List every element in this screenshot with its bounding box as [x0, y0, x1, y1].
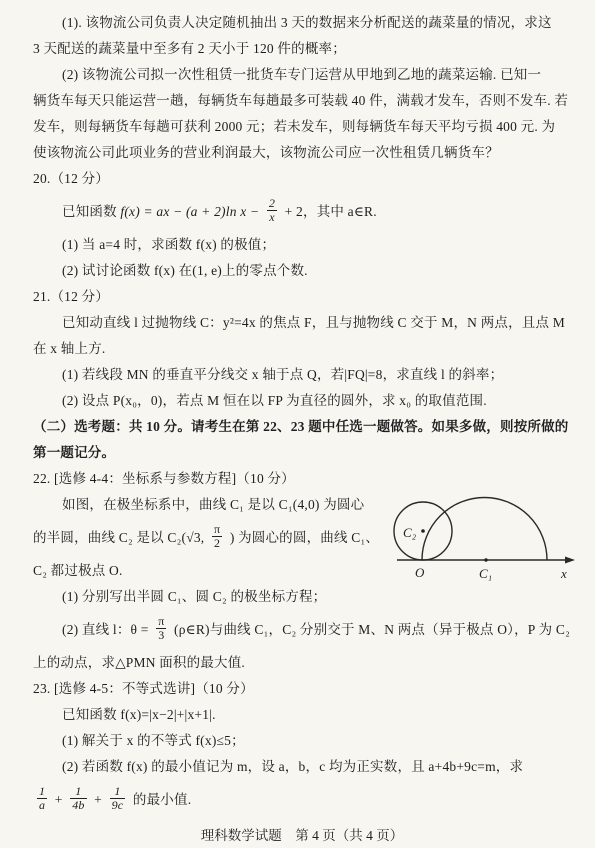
q19-part1-line2: 3 天配送的蔬菜量中至多有 2 天小于 120 件的概率；	[33, 36, 571, 62]
instructions-line1: （二）选考题：共 10 分。请考生在第 22、23 题中任选一题做答。如果多做，…	[33, 414, 571, 440]
q23-part1: (1) 解关于 x 的不等式 f(x)≤5；	[33, 728, 571, 754]
fraction-pi-over-3: π3	[156, 615, 166, 642]
q23-header: 23. [选修 4-5：不等式选讲]（10 分）	[33, 676, 571, 702]
origin-label: O	[415, 565, 425, 580]
q22-intro-line2-post: ) 为圆心的圆，曲线 C₁、	[230, 530, 379, 545]
fraction-numerator: π	[156, 615, 166, 628]
polar-diagram-svg: C₂ O C₁ x	[391, 474, 576, 596]
instructions-line2: 第一题记分。	[33, 440, 571, 466]
fraction-1-over-a: 1a	[37, 785, 47, 812]
q22-section: 22. [选修 4-4：坐标系与参数方程]（10 分） 如图，在极坐标系中，曲线…	[33, 466, 571, 676]
q23-section: 23. [选修 4-5：不等式选讲]（10 分） 已知函数 f(x)=|x−2|…	[33, 676, 571, 820]
page-footer: 理科数学试题 第 4 页（共 4 页）	[33, 824, 571, 848]
c1-center-dot	[484, 558, 487, 561]
q19-part2-line1: (2) 该物流公司拟一次性租赁一批货车专门运营从甲地到乙地的蔬菜运输. 已知一	[33, 62, 571, 88]
q22-part2-line2: 上的动点，求△PMN 面积的最大值.	[33, 650, 571, 676]
q19-part1-line1: (1). 该物流公司负责人决定随机抽出 3 天的数据来分析配送的蔬菜量的情况，求…	[33, 10, 571, 36]
fraction-denominator: 9c	[110, 798, 126, 812]
q20-intro-formula: 已知函数 f(x) = ax − (a + 2)ln x − 2x + 2，其中…	[33, 192, 571, 232]
q20-intro-label: 已知函数	[62, 204, 117, 219]
q20-intro-math: f(x) = ax − (a + 2)ln x −	[120, 204, 259, 219]
plus-sign: +	[94, 792, 102, 807]
q22-part2-pre: (2) 直线 l：θ =	[62, 622, 149, 637]
x-axis-label: x	[560, 566, 567, 581]
q22-intro-line2-pre: 的半圆，曲线 C₂ 是以 C₂(√3,	[33, 530, 204, 545]
exam-paper-page: (1). 该物流公司负责人决定随机抽出 3 天的数据来分析配送的蔬菜量的情况，求…	[0, 0, 595, 848]
fraction-numerator: π	[212, 523, 222, 536]
q19-part2-line2: 辆货车每天只能运营一趟，每辆货车每趟最多可装载 40 件，满载才发车，否则不发车…	[33, 88, 571, 114]
x-axis-arrowhead	[565, 557, 575, 564]
q22-part2-post: (ρ∈R)与曲线 C₁，C₂ 分别交于 M、N 两点（异于极点 O），P 为 C…	[174, 622, 570, 637]
q20-header: 20.（12 分）	[33, 166, 571, 192]
c2-center-dot	[421, 529, 425, 533]
fraction-denominator: a	[37, 798, 47, 812]
q21-part2: (2) 设点 P(x₀，0)，若点 M 恒在以 FP 为直径的圆外，求 x₀ 的…	[33, 388, 571, 414]
q19-part2-line4: 使该物流公司此项业务的营业利润最大，该物流公司应一次性租赁几辆货车？	[33, 140, 571, 166]
fraction-numerator: 1	[110, 785, 126, 798]
c2-label: C₂	[403, 525, 417, 540]
plus-sign: +	[55, 792, 63, 807]
q20-intro-post: + 2，其中 a∈R.	[285, 204, 377, 219]
q21-part1: (1) 若线段 MN 的垂直平分线交 x 轴于点 Q，若|FQ|=8，求直线 l…	[33, 362, 571, 388]
q20-section: 20.（12 分） 已知函数 f(x) = ax − (a + 2)ln x −…	[33, 166, 571, 284]
q21-header: 21.（12 分）	[33, 284, 571, 310]
fraction-denominator: x	[267, 210, 277, 224]
q19-part2-line3: 发车，则每辆货车每趟可获利 2000 元；若未发车，则每辆货车每天平均亏损 40…	[33, 114, 571, 140]
fraction-pi-over-2: π2	[212, 523, 222, 550]
fraction-1-over-4b: 14b	[70, 785, 86, 812]
fraction-numerator: 1	[70, 785, 86, 798]
fraction-denominator: 2	[212, 536, 222, 550]
q20-part2: (2) 试讨论函数 f(x) 在(1, e)上的零点个数.	[33, 258, 571, 284]
polar-coordinate-diagram: C₂ O C₁ x	[391, 474, 576, 596]
q19-section: (1). 该物流公司负责人决定随机抽出 3 天的数据来分析配送的蔬菜量的情况，求…	[33, 10, 571, 166]
q23-part2-line1: (2) 若函数 f(x) 的最小值记为 m，设 a，b，c 均为正实数，且 a+…	[33, 754, 571, 780]
q21-intro-line1: 已知动直线 l 过抛物线 C：y²=4x 的焦点 F，且与抛物线 C 交于 M，…	[33, 310, 571, 336]
fraction-numerator: 1	[37, 785, 47, 798]
q23-intro: 已知函数 f(x)=|x−2|+|x+1|.	[33, 702, 571, 728]
optional-question-instructions: （二）选考题：共 10 分。请考生在第 22、23 题中任选一题做答。如果多做，…	[33, 414, 571, 466]
fraction-denominator: 3	[156, 628, 166, 642]
fraction-numerator: 2	[267, 197, 277, 210]
q20-part1: (1) 当 a=4 时，求函数 f(x) 的极值；	[33, 232, 571, 258]
q23-part2-tail: 的最小值.	[133, 792, 191, 807]
fraction-2-over-x: 2x	[267, 197, 277, 224]
fraction-denominator: 4b	[70, 798, 86, 812]
q21-section: 21.（12 分） 已知动直线 l 过抛物线 C：y²=4x 的焦点 F，且与抛…	[33, 284, 571, 414]
fraction-1-over-9c: 19c	[110, 785, 126, 812]
q23-part2-line2: 1a + 14b + 19c 的最小值.	[33, 780, 571, 820]
q21-intro-line2: 在 x 轴上方.	[33, 336, 571, 362]
semicircle-c1	[422, 498, 547, 561]
c1-label: C₁	[479, 566, 492, 581]
q22-part2-line1: (2) 直线 l：θ = π3 (ρ∈R)与曲线 C₁，C₂ 分别交于 M、N …	[33, 610, 571, 650]
